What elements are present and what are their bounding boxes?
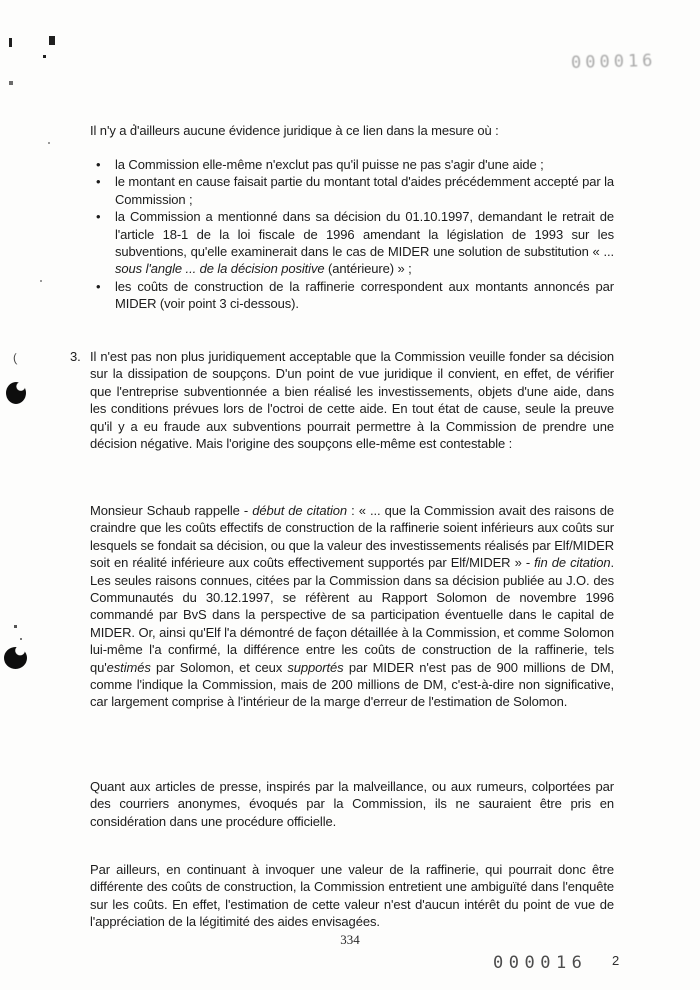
text-segment: Monsieur Schaub rappelle - — [90, 503, 252, 518]
scan-speck — [49, 36, 55, 45]
bullet-item-construction-costs: les coûts de construction de la raffiner… — [90, 278, 614, 313]
page-number: 334 — [0, 932, 700, 948]
bates-stamp-bottom: 000016 — [493, 953, 587, 973]
text-segment: Quant aux articles de presse, inspirés p… — [90, 779, 614, 829]
ink-blob — [4, 647, 27, 669]
scan-speck — [9, 81, 13, 85]
italic-text-segment: fin de citation — [534, 555, 610, 570]
bullet-item-no-aid: la Commission elle-même n'exclut pas qu'… — [90, 156, 614, 173]
text-segment: (antérieure) » ; — [325, 261, 412, 276]
italic-text-segment: supportés — [287, 660, 343, 675]
paragraph-press-rumors: Quant aux articles de presse, inspirés p… — [90, 778, 614, 830]
ink-blob — [6, 382, 26, 404]
intro-paragraph: Il n'y a d'ailleurs aucune évidence juri… — [90, 122, 614, 139]
scan-speck — [48, 142, 50, 144]
paragraph-number: 3. — [70, 348, 81, 365]
text-segment: les coûts de construction de la raffiner… — [115, 279, 614, 311]
italic-text-segment: début de citation — [252, 503, 347, 518]
bates-stamp-top: 000016 — [571, 51, 657, 73]
stray-paren-mark: ( — [13, 351, 18, 365]
scan-speck — [14, 625, 17, 628]
copy-number: 2 — [612, 953, 619, 968]
scan-speck — [43, 55, 46, 58]
scan-speck — [9, 38, 12, 47]
scanned-document-page: 000016 ( Il n'y a d'ailleurs aucune évid… — [0, 0, 700, 990]
scan-speck — [20, 638, 22, 640]
numbered-paragraph-3: 3. Il n'est pas non plus juridiquement a… — [90, 348, 614, 452]
text-segment: . Les seules raisons connues, citées par… — [90, 555, 614, 674]
text-segment: la Commission a mentionné dans sa décisi… — [115, 209, 614, 259]
bullet-list: la Commission elle-même n'exclut pas qu'… — [90, 156, 614, 313]
text-segment: le montant en cause faisait partie du mo… — [115, 174, 614, 206]
text-segment: par Solomon, et ceux — [151, 660, 288, 675]
bullet-item-total-amount: le montant en cause faisait partie du mo… — [90, 173, 614, 208]
paragraph-schaub-citation: Monsieur Schaub rappelle - début de cita… — [90, 502, 614, 711]
italic-text-segment: sous l'angle ... de la décision positive — [115, 261, 325, 276]
text-segment: Il n'est pas non plus juridiquement acce… — [90, 349, 614, 451]
paragraph-3-text: Il n'est pas non plus juridiquement acce… — [90, 349, 614, 451]
italic-text-segment: estimés — [107, 660, 151, 675]
scan-speck — [40, 280, 42, 282]
text-segment: la Commission elle-même n'exclut pas qu'… — [115, 157, 544, 172]
paragraph-refinery-value: Par ailleurs, en continuant à invoquer u… — [90, 861, 614, 931]
bullet-item-decision-1997: la Commission a mentionné dans sa décisi… — [90, 208, 614, 278]
text-segment: Par ailleurs, en continuant à invoquer u… — [90, 862, 614, 929]
